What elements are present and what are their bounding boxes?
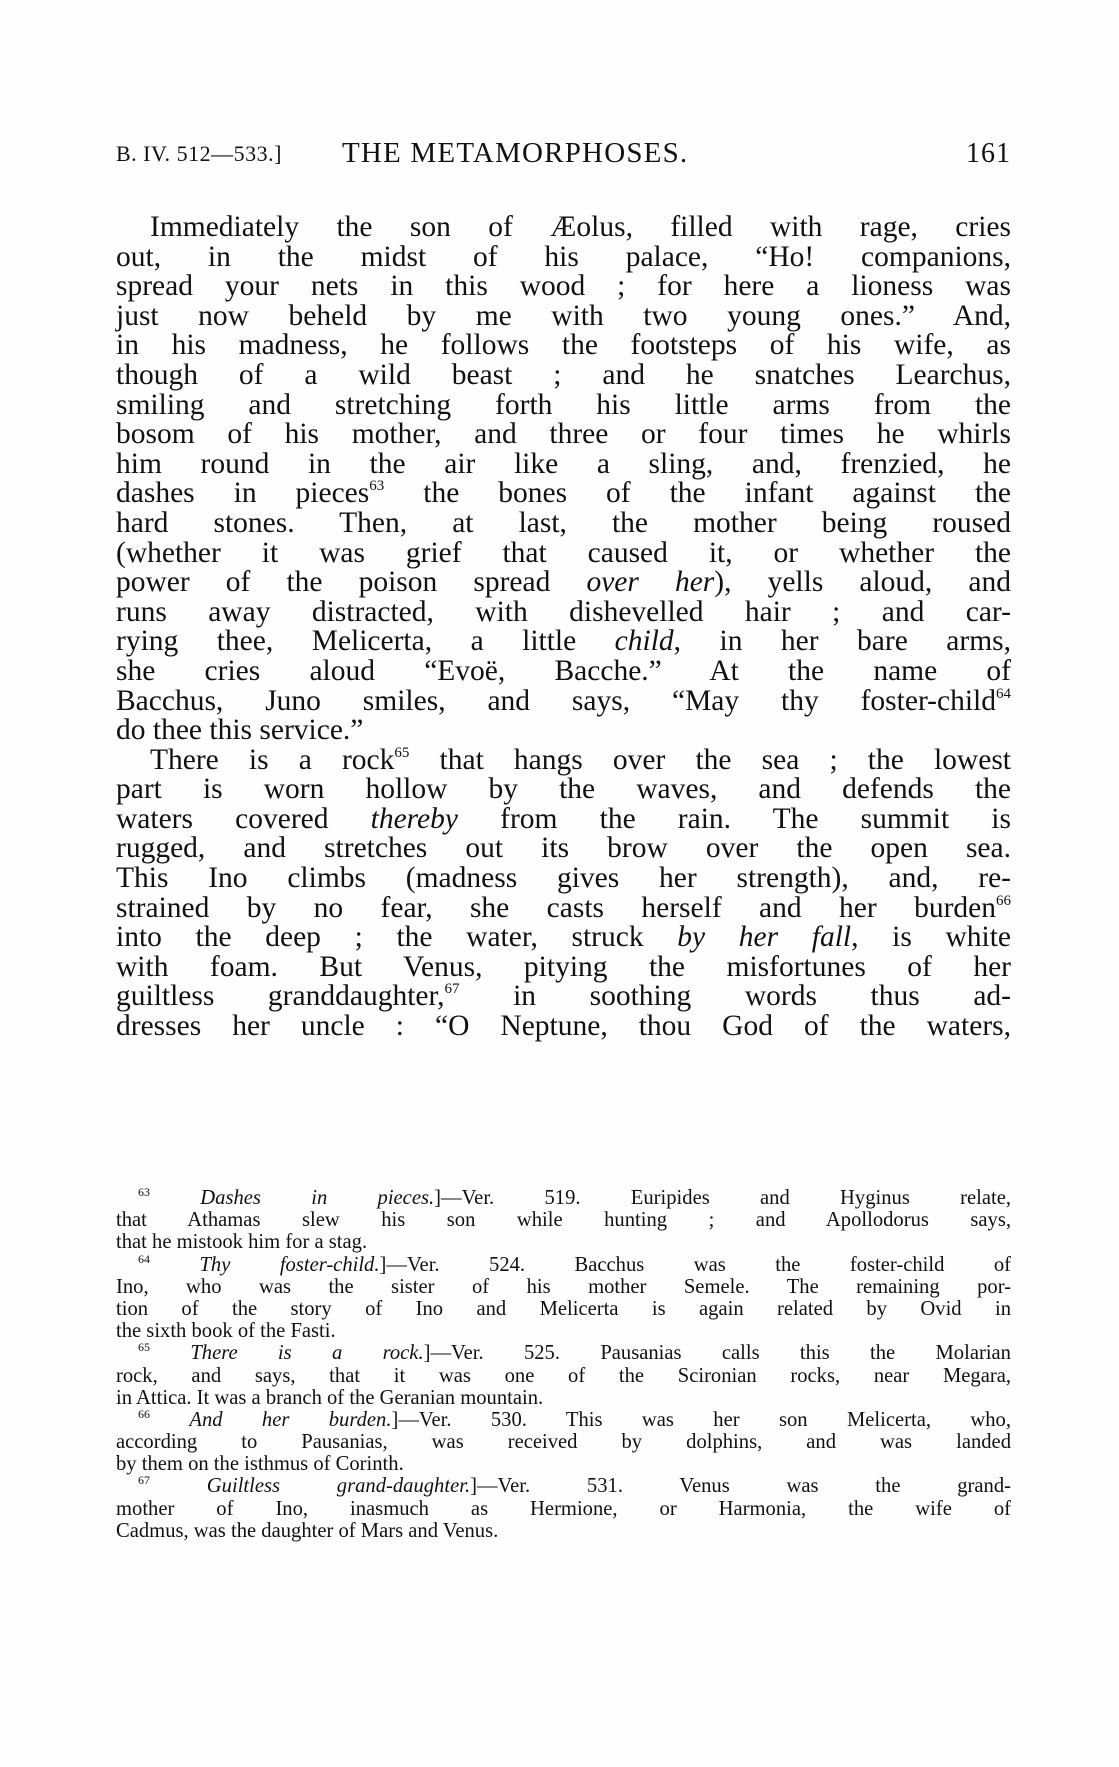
text-run: rock, and says, that it was one of the S… [116, 1365, 1011, 1387]
text-line: part is worn hollow by the waves, and de… [116, 775, 1011, 805]
text-run: Cadmus, was the daughter of Mars and Ven… [116, 1520, 498, 1542]
text-run: with foam. But Venus, pitying the misfor… [116, 951, 1011, 983]
text-run: that hangs over the sea ; the lowest [409, 744, 1011, 776]
italic-text: over her [586, 566, 714, 598]
text-run [150, 1254, 199, 1276]
text-run: she cries aloud “Evoë, Bacche.” At the n… [116, 655, 1011, 687]
text-run [150, 1475, 207, 1497]
text-run: ), yells aloud, and [714, 566, 1011, 598]
text-line: runs away distracted, with dishevelled h… [116, 598, 1011, 628]
text-run: bosom of his mother, and three or four t… [116, 418, 1011, 450]
text-run: rugged, and stretches out its brow over … [116, 832, 1011, 864]
text-run: that he mistook him for a stag. [116, 1231, 367, 1253]
footnote-line: according to Pausanias, was received by … [116, 1431, 1011, 1453]
text-run [150, 1409, 189, 1431]
text-line: (whether it was grief that caused it, or… [116, 539, 1011, 569]
book-ref-prefix: B. IV. [116, 141, 171, 166]
running-title: THE METAMORPHOSES. [342, 137, 688, 170]
text-run: Immediately the son of Æolus, filled wit… [150, 211, 1011, 243]
text-line: though of a wild beast ; and he snatches… [116, 361, 1011, 391]
text-line: smiling and stretching forth his little … [116, 391, 1011, 421]
text-run: rying thee, Melicerta, a little [116, 625, 615, 657]
verse-reference: B. IV. 512—533.] [116, 141, 282, 167]
italic-text: Thy foster-child. [199, 1254, 379, 1276]
text-run: ]—Ver. 531. Venus was the grand- [470, 1475, 1011, 1497]
footnote-line: 63 Dashes in pieces.]—Ver. 519. Euripide… [116, 1187, 1011, 1209]
text-run: in his madness, he follows the footsteps… [116, 329, 1011, 361]
text-line: guiltless granddaughter,67 in soothing w… [116, 982, 1011, 1012]
text-run: This Ino climbs (madness gives her stren… [116, 862, 1011, 894]
text-run: do thee this service.” [116, 714, 363, 746]
text-line: rying thee, Melicerta, a little child, i… [116, 627, 1011, 657]
page-number: 161 [966, 138, 1011, 170]
text-run: Bacchus, Juno smiles, and says, “May thy… [116, 685, 996, 717]
text-run: strained by no fear, she casts herself a… [116, 892, 996, 924]
footnote-line: mother of Ino, inasmuch as Hermione, or … [116, 1498, 1011, 1520]
italic-text: Dashes in pieces. [200, 1187, 434, 1209]
text-line: just now beheld by me with two young one… [116, 302, 1011, 332]
main-text: Immediately the son of Æolus, filled wit… [116, 213, 1011, 1042]
text-run: spread your nets in this wood ; for here… [116, 270, 1011, 302]
text-run: runs away distracted, with dishevelled h… [116, 596, 1011, 628]
text-line: strained by no fear, she casts herself a… [116, 894, 1011, 924]
text-run: guiltless granddaughter, [116, 980, 445, 1012]
text-run: dashes in pieces [116, 477, 369, 509]
footnote-line: Ino, who was the sister of his mother Se… [116, 1276, 1011, 1298]
text-run [150, 1187, 200, 1209]
footnote-line: rock, and says, that it was one of the S… [116, 1365, 1011, 1387]
text-line: him round in the air like a sling, and, … [116, 450, 1011, 480]
footnote-line: 65 There is a rock.]—Ver. 525. Pausanias… [116, 1342, 1011, 1364]
text-line: waters covered thereby from the rain. Th… [116, 805, 1011, 835]
text-run: There is a rock [150, 744, 394, 776]
book-page: B. IV. 512—533.] THE METAMORPHOSES. 161 … [0, 0, 1119, 1767]
text-run: hard stones. Then, at last, the mother b… [116, 507, 1011, 539]
footnote-line: the sixth book of the Fasti. [116, 1320, 1011, 1342]
italic-text: child [615, 625, 674, 657]
text-run: into the deep ; the water, struck [116, 921, 677, 953]
footnote-marker: 63 [138, 1185, 150, 1199]
text-run: by them on the isthmus of Corinth. [116, 1453, 404, 1475]
footnote-line: Cadmus, was the daughter of Mars and Ven… [116, 1520, 1011, 1542]
italic-text: And her burden. [189, 1409, 391, 1431]
footnote-marker: 63 [369, 478, 384, 494]
text-run [150, 1342, 190, 1364]
text-line: This Ino climbs (madness gives her stren… [116, 864, 1011, 894]
text-run: waters covered [116, 803, 371, 835]
text-run: Ino, who was the sister of his mother Se… [116, 1276, 1011, 1298]
footnote-line: that Athamas slew his son while hunting … [116, 1209, 1011, 1231]
text-line: dashes in pieces63 the bones of the infa… [116, 479, 1011, 509]
footnote-line: 64 Thy foster-child.]—Ver. 524. Bacchus … [116, 1254, 1011, 1276]
text-line: Bacchus, Juno smiles, and says, “May thy… [116, 687, 1011, 717]
text-run: though of a wild beast ; and he snatches… [116, 359, 1011, 391]
footnote-marker: 65 [138, 1340, 150, 1354]
footnote-marker: 64 [996, 686, 1011, 702]
text-run: , is white [851, 921, 1011, 953]
footnotes: 63 Dashes in pieces.]—Ver. 519. Euripide… [116, 1187, 1011, 1542]
text-run: that Athamas slew his son while hunting … [116, 1209, 1011, 1231]
italic-text: Guiltless grand-daughter. [207, 1475, 470, 1497]
footnote-marker: 66 [996, 893, 1011, 909]
text-run: in soothing words thus ad- [460, 980, 1012, 1012]
text-line: she cries aloud “Evoë, Bacche.” At the n… [116, 657, 1011, 687]
footnote-line: tion of the story of Ino and Melicerta i… [116, 1298, 1011, 1320]
text-run: tion of the story of Ino and Melicerta i… [116, 1298, 1011, 1320]
text-line: hard stones. Then, at last, the mother b… [116, 509, 1011, 539]
text-line: with foam. But Venus, pitying the misfor… [116, 953, 1011, 983]
footnote-line: 66 And her burden.]—Ver. 530. This was h… [116, 1409, 1011, 1431]
italic-text: by her fall [677, 921, 851, 953]
text-run: the bones of the infant against the [384, 477, 1011, 509]
text-run: ]—Ver. 530. This was her son Melicerta, … [391, 1409, 1011, 1431]
footnote-line: by them on the isthmus of Corinth. [116, 1453, 1011, 1475]
text-line: power of the poison spread over her), ye… [116, 568, 1011, 598]
text-line: out, in the midst of his palace, “Ho! co… [116, 243, 1011, 273]
text-run: dresses her uncle : “O Neptune, thou God… [116, 1010, 1011, 1042]
text-run: , in her bare arms, [674, 625, 1011, 657]
text-line: There is a rock65 that hangs over the se… [116, 746, 1011, 776]
verse-range: 512—533.] [177, 141, 282, 166]
footnote-line: 67 Guiltless grand-daughter.]—Ver. 531. … [116, 1475, 1011, 1497]
text-line: into the deep ; the water, struck by her… [116, 923, 1011, 953]
footnote-line: in Attica. It was a branch of the Gerani… [116, 1387, 1011, 1409]
text-run: from the rain. The summit is [458, 803, 1011, 835]
text-run: him round in the air like a sling, and, … [116, 448, 1011, 480]
text-run: smiling and stretching forth his little … [116, 389, 1011, 421]
text-line: bosom of his mother, and three or four t… [116, 420, 1011, 450]
text-line: spread your nets in this wood ; for here… [116, 272, 1011, 302]
text-run: the sixth book of the Fasti. [116, 1320, 336, 1342]
footnote-marker: 67 [445, 981, 460, 997]
footnote-marker: 64 [138, 1252, 150, 1266]
text-run: mother of Ino, inasmuch as Hermione, or … [116, 1498, 1011, 1520]
italic-text: thereby [371, 803, 458, 835]
text-line: do thee this service.” [116, 716, 1011, 746]
text-run: (whether it was grief that caused it, or… [116, 537, 1011, 569]
text-run: out, in the midst of his palace, “Ho! co… [116, 241, 1011, 273]
footnote-marker: 66 [138, 1407, 150, 1421]
text-run: ]—Ver. 519. Euripides and Hyginus relate… [434, 1187, 1011, 1209]
text-run: in Attica. It was a branch of the Gerani… [116, 1387, 543, 1409]
text-run: according to Pausanias, was received by … [116, 1431, 1011, 1453]
text-line: Immediately the son of Æolus, filled wit… [116, 213, 1011, 243]
text-run: ]—Ver. 525. Pausanias calls this the Mol… [424, 1342, 1011, 1364]
footnote-line: that he mistook him for a stag. [116, 1231, 1011, 1253]
text-run: power of the poison spread [116, 566, 586, 598]
italic-text: There is a rock. [190, 1342, 423, 1364]
text-line: in his madness, he follows the footsteps… [116, 331, 1011, 361]
text-run: part is worn hollow by the waves, and de… [116, 773, 1011, 805]
footnote-marker: 65 [394, 745, 409, 761]
text-run: just now beheld by me with two young one… [116, 300, 1011, 332]
text-run: ]—Ver. 524. Bacchus was the foster-child… [380, 1254, 1011, 1276]
running-header: B. IV. 512—533.] THE METAMORPHOSES. 161 [116, 137, 1011, 171]
text-line: rugged, and stretches out its brow over … [116, 834, 1011, 864]
footnote-marker: 67 [138, 1473, 150, 1487]
text-line: dresses her uncle : “O Neptune, thou God… [116, 1012, 1011, 1042]
